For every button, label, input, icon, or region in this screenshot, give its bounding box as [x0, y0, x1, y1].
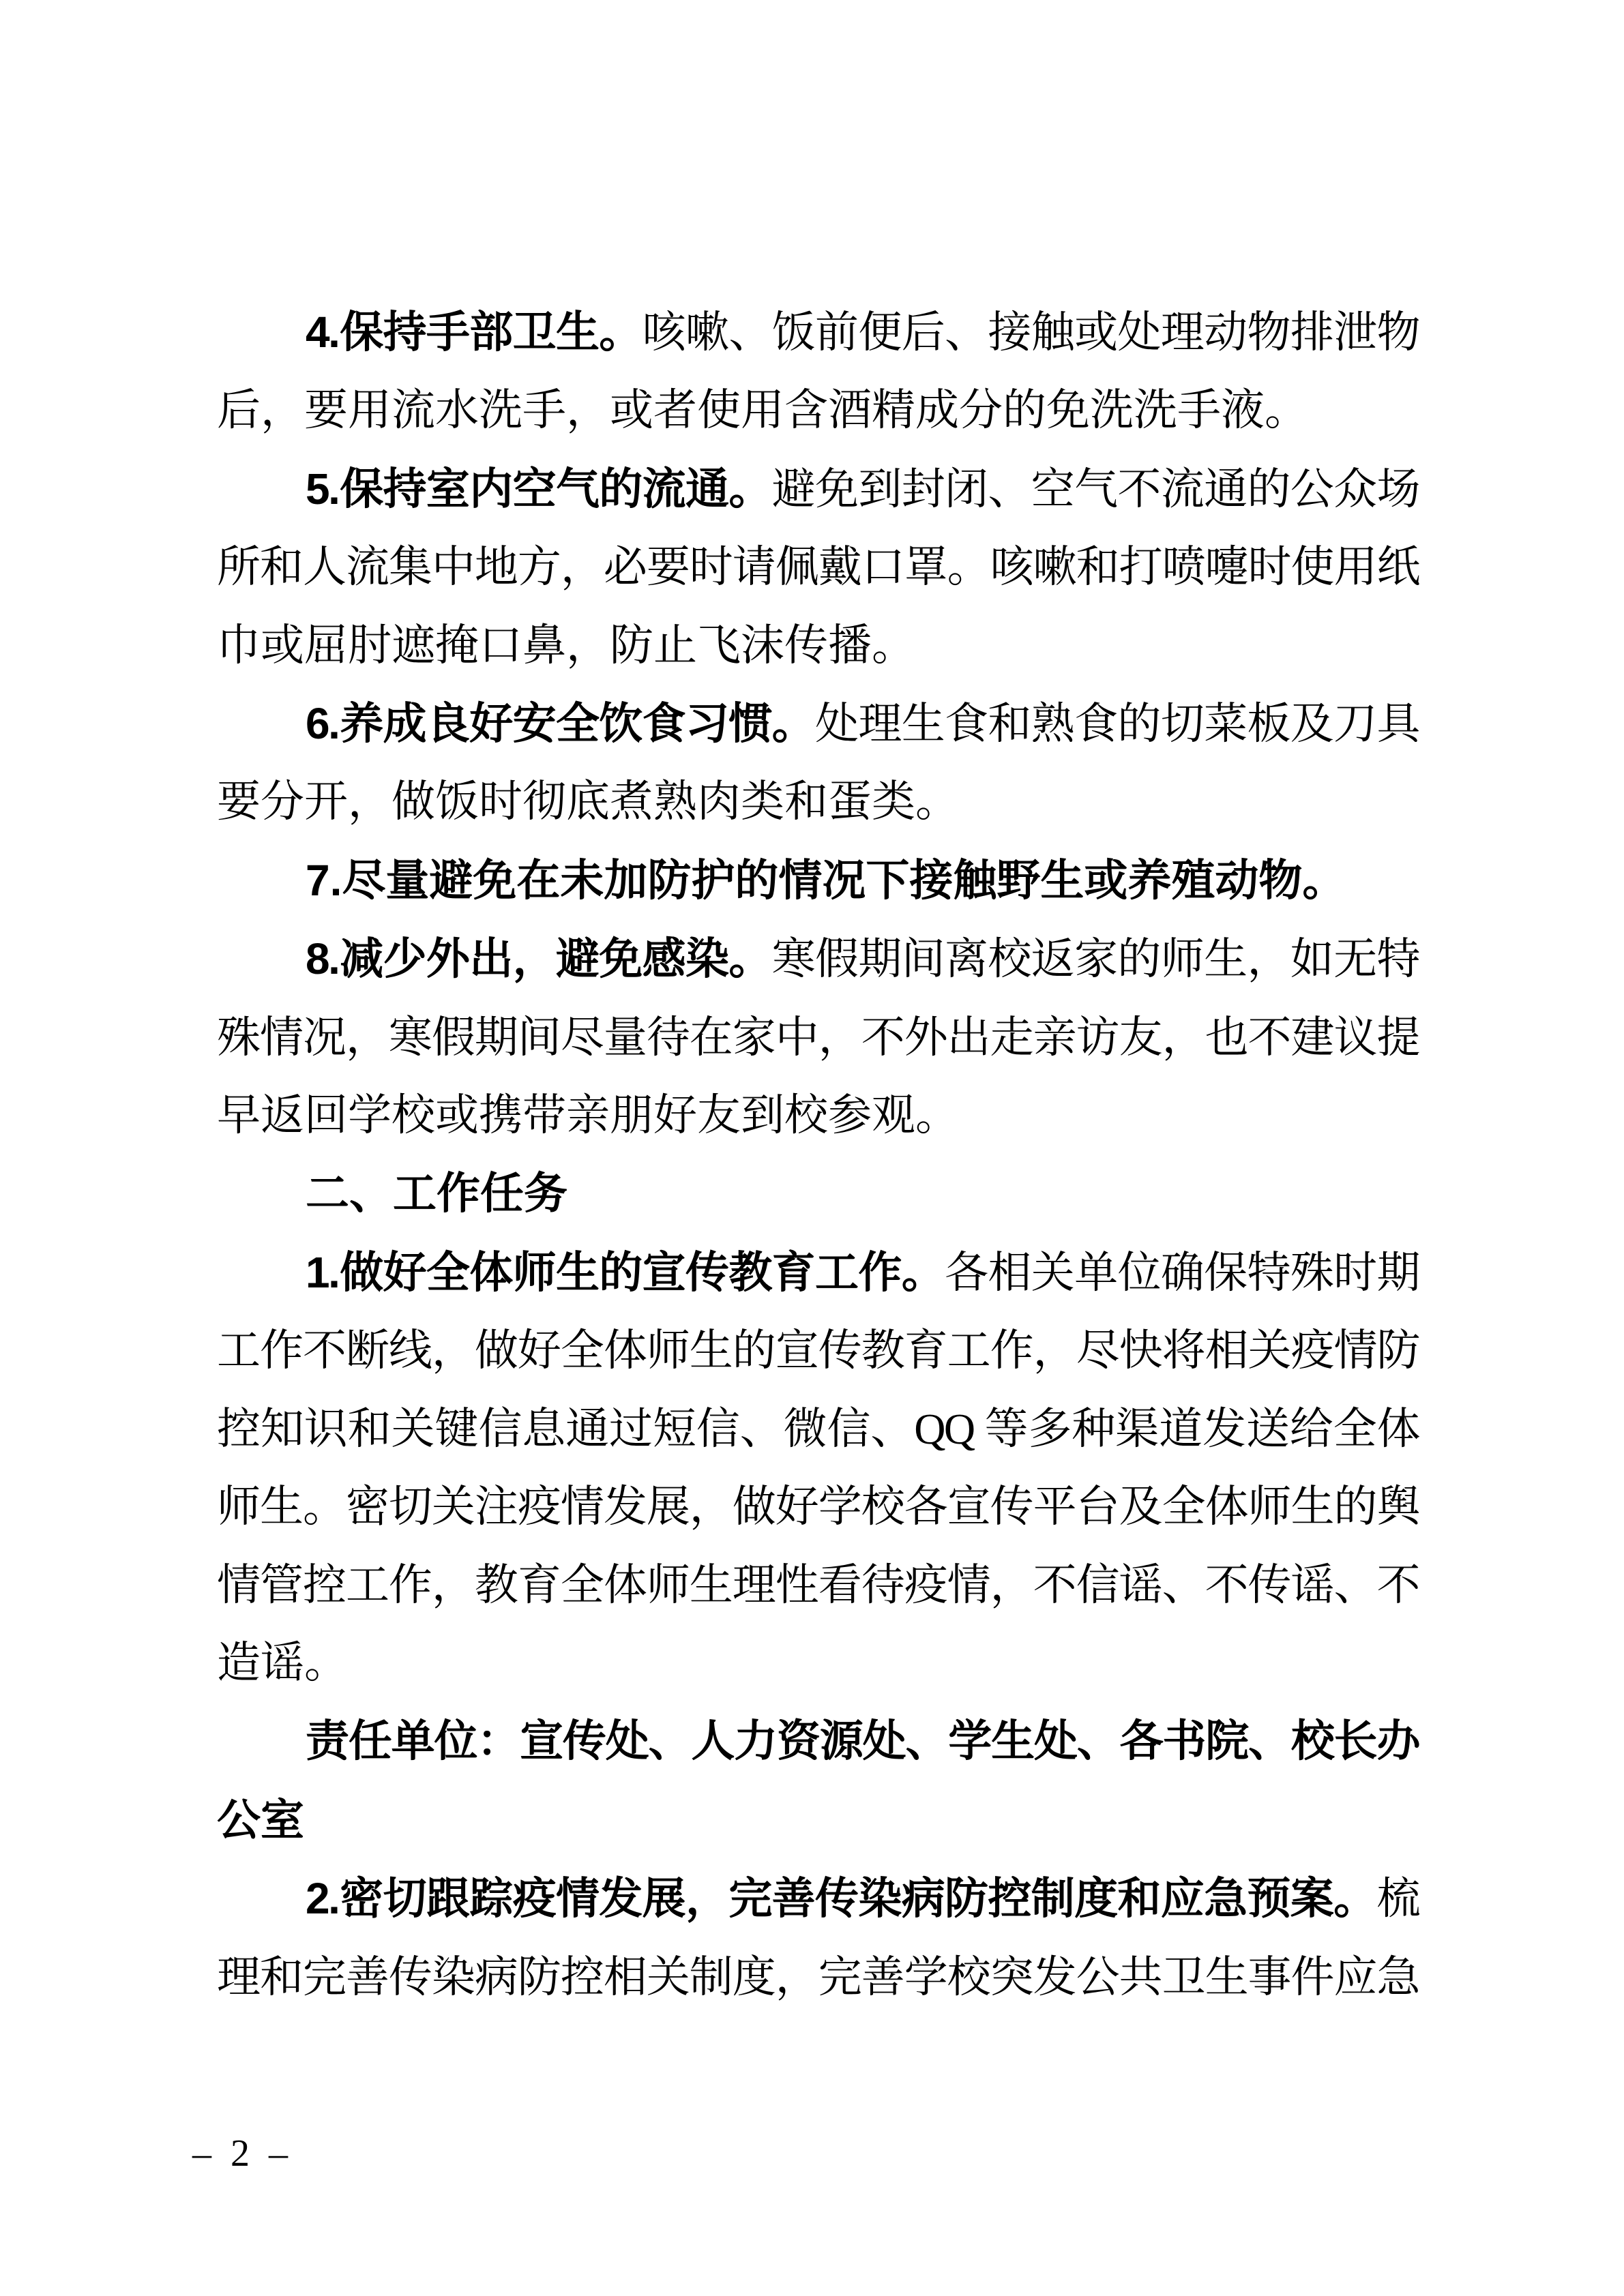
- text-line: 后，要用流水洗手，或者使用含酒精成分的免洗洗手液。: [217, 372, 1419, 449]
- text-run: 控知识和关键信息通过短信、微信、QQ 等多种渠道发送给全体: [217, 1405, 1419, 1453]
- text-line: 所和人流集中地方，必要时请佩戴口罩。咳嗽和打喷嚏时使用纸: [217, 528, 1419, 606]
- text-line: 1.做好全体师生的宣传教育工作。各相关单位确保特殊时期: [217, 1234, 1419, 1312]
- text-run: 8.减少外出，避免感染。: [306, 934, 772, 983]
- text-line: 师生。密切关注疫情发展，做好学校各宣传平台及全体师生的舆: [217, 1468, 1419, 1546]
- text-line: 6.养成良好安全饮食习惯。处理生食和熟食的切菜板及刀具: [217, 685, 1419, 763]
- document-page: 4.保持手部卫生。咳嗽、饭前便后、接触或处理动物排泄物后，要用流水洗手，或者使用…: [0, 0, 1624, 2296]
- text-line: 理和完善传染病防控相关制度，完善学校突发公共卫生事件应急: [217, 1939, 1419, 2016]
- page-number: – 2 –: [192, 2133, 289, 2174]
- text-run: 咳嗽、饭前便后、接触或处理动物排泄物: [643, 308, 1419, 357]
- text-run: 殊情况，寒假期间尽量待在家中，不外出走亲访友，也不建议提: [217, 1013, 1419, 1062]
- text-run: 早返回学校或携带亲朋好友到校参观。: [217, 1091, 959, 1139]
- text-line: 控知识和关键信息通过短信、微信、QQ 等多种渠道发送给全体: [217, 1390, 1419, 1468]
- text-line: 5.保持室内空气的流通。避免到封闭、空气不流通的公众场: [217, 450, 1419, 528]
- text-line: 早返回学校或携带亲朋好友到校参观。: [217, 1077, 1419, 1154]
- text-run: 巾或屈肘遮掩口鼻，防止飞沫传播。: [217, 621, 915, 670]
- text-run: 寒假期间离校返家的师生，如无特: [772, 935, 1419, 983]
- text-run: 梳: [1377, 1875, 1419, 1923]
- text-line: 2.密切跟踪疫情发展，完善传染病防控制度和应急预案。梳: [217, 1860, 1419, 1938]
- text-run: 处理生食和熟食的切菜板及刀具: [815, 700, 1419, 748]
- text-run: 避免到封闭、空气不流通的公众场: [772, 465, 1419, 513]
- text-run: 2.密切跟踪疫情发展，完善传染病防控制度和应急预案。: [306, 1874, 1377, 1923]
- text-run: 公室: [217, 1795, 304, 1845]
- text-line: 7.尽量避免在未加防护的情况下接触野生或养殖动物。: [217, 841, 1419, 920]
- text-line: 情管控工作，教育全体师生理性看待疫情，不信谣、不传谣、不: [217, 1547, 1419, 1624]
- text-run: 情管控工作，教育全体师生理性看待疫情，不信谣、不传谣、不: [217, 1561, 1419, 1609]
- text-run: 4.保持手部卫生。: [306, 308, 643, 357]
- text-run: 6.养成良好安全饮食习惯。: [306, 699, 815, 748]
- text-run: 所和人流集中地方，必要时请佩戴口罩。咳嗽和打喷嚏时使用纸: [217, 543, 1419, 591]
- text-line: 8.减少外出，避免感染。寒假期间离校返家的师生，如无特: [217, 920, 1419, 998]
- text-run: 5.保持室内空气的流通。: [306, 464, 772, 513]
- text-run: 工作不断线，做好全体师生的宣传教育工作，尽快将相关疫情防: [217, 1326, 1419, 1375]
- text-run: 1.做好全体师生的宣传教育工作。: [306, 1248, 945, 1297]
- text-line: 造谣。: [217, 1624, 1419, 1702]
- text-run: 造谣。: [217, 1639, 348, 1687]
- text-line: 公室: [217, 1781, 1419, 1860]
- text-line: 责任单位：宣传处、人力资源处、学生处、各书院、校长办: [217, 1702, 1419, 1780]
- document-body: 4.保持手部卫生。咳嗽、饭前便后、接触或处理动物排泄物后，要用流水洗手，或者使用…: [217, 293, 1419, 2016]
- text-run: 后，要用流水洗手，或者使用含酒精成分的免洗洗手液。: [217, 386, 1308, 434]
- text-line: 4.保持手部卫生。咳嗽、饭前便后、接触或处理动物排泄物: [217, 293, 1419, 372]
- text-line: 二、工作任务: [217, 1154, 1419, 1233]
- text-run: 各相关单位确保特殊时期: [945, 1249, 1419, 1297]
- text-run: 二、工作任务: [306, 1169, 567, 1218]
- text-run: 师生。密切关注疫情发展，做好学校各宣传平台及全体师生的舆: [217, 1482, 1419, 1531]
- text-line: 要分开，做饭时彻底煮熟肉类和蛋类。: [217, 763, 1419, 841]
- text-run: 理和完善传染病防控相关制度，完善学校突发公共卫生事件应急: [217, 1953, 1419, 2001]
- text-line: 巾或屈肘遮掩口鼻，防止飞沫传播。: [217, 607, 1419, 685]
- text-run: 7.尽量避免在未加防护的情况下接触野生或养殖动物。: [306, 856, 1346, 905]
- text-run: 责任单位：宣传处、人力资源处、学生处、各书院、校长办: [306, 1716, 1419, 1765]
- text-line: 殊情况，寒假期间尽量待在家中，不外出走亲访友，也不建议提: [217, 999, 1419, 1077]
- text-run: 要分开，做饭时彻底煮熟肉类和蛋类。: [217, 777, 959, 826]
- text-line: 工作不断线，做好全体师生的宣传教育工作，尽快将相关疫情防: [217, 1312, 1419, 1390]
